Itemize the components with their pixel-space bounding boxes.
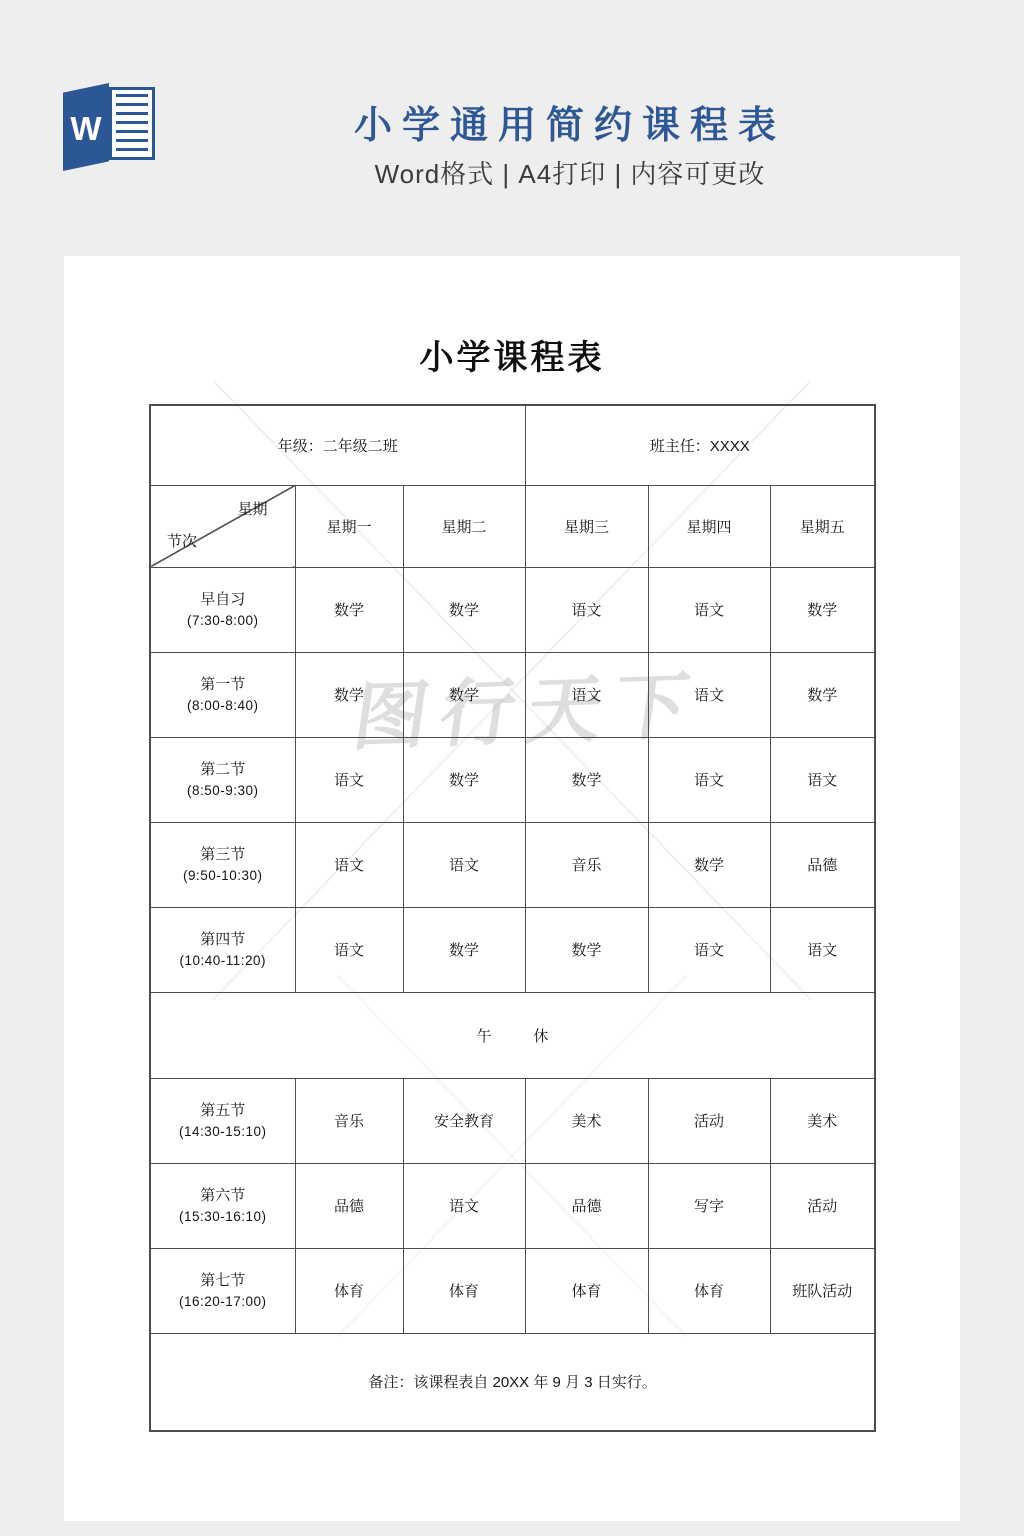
period-name: 第七节: [151, 1270, 295, 1292]
info-row: 年级：二年级二班 班主任：XXXX: [150, 405, 875, 485]
day-header-row: 星期 节次 星期一 星期二 星期三 星期四 星期五: [150, 485, 875, 567]
period-name: 第二节: [151, 759, 295, 781]
word-icon-text-lines: [116, 94, 148, 153]
subject-cell: 安全教育: [403, 1078, 525, 1163]
day-header-friday: 星期五: [770, 485, 875, 567]
subject-cell: 数学: [525, 737, 648, 822]
subject-cell: 体育: [295, 1248, 403, 1333]
subject-cell: 语文: [770, 737, 875, 822]
timetable-row: 第六节 (15:30-16:10) 品德 语文 品德 写字 活动: [150, 1163, 875, 1248]
subject-cell: 语文: [403, 822, 525, 907]
period-time: (8:50-9:30): [151, 781, 295, 801]
period-cell: 第六节 (15:30-16:10): [150, 1163, 295, 1248]
subject-cell: 数学: [403, 567, 525, 652]
period-cell: 第三节 (9:50-10:30): [150, 822, 295, 907]
subject-cell: 活动: [648, 1078, 770, 1163]
subject-cell: 语文: [295, 907, 403, 992]
subject-cell: 数学: [403, 737, 525, 822]
subject-cell: 品德: [295, 1163, 403, 1248]
period-time: (8:00-8:40): [151, 696, 295, 716]
period-name: 第一节: [151, 674, 295, 696]
period-cell: 第二节 (8:50-9:30): [150, 737, 295, 822]
template-banner: W 小学通用简约课程表 Word格式 | A4打印 | 内容可更改: [0, 0, 1024, 256]
period-time: (10:40-11:20): [151, 951, 295, 971]
word-icon-document-page: [109, 87, 155, 160]
day-header-wednesday: 星期三: [525, 485, 648, 567]
noon-break-cell: 午 休: [150, 992, 875, 1078]
word-icon: W: [63, 83, 157, 171]
period-name: 第五节: [151, 1100, 295, 1122]
timetable: 年级：二年级二班 班主任：XXXX 星期 节次 星期一 星期二 星期三 星期四 …: [149, 404, 876, 1432]
period-cell: 第一节 (8:00-8:40): [150, 652, 295, 737]
subject-cell: 语文: [648, 652, 770, 737]
period-cell: 第四节 (10:40-11:20): [150, 907, 295, 992]
subject-cell: 语文: [295, 822, 403, 907]
day-header-thursday: 星期四: [648, 485, 770, 567]
period-time: (16:20-17:00): [151, 1292, 295, 1312]
subject-cell: 音乐: [525, 822, 648, 907]
subject-cell: 语文: [295, 737, 403, 822]
subject-cell: 数学: [295, 567, 403, 652]
document-page: 图行天下 小学课程表 年级：二年级二班 班主任：XXXX 星期 节次 星期一 星…: [64, 256, 960, 1521]
subject-cell: 品德: [525, 1163, 648, 1248]
day-header-monday: 星期一: [295, 485, 403, 567]
document-title: 小学课程表: [64, 330, 960, 379]
period-cell: 第七节 (16:20-17:00): [150, 1248, 295, 1333]
timetable-row: 第三节 (9:50-10:30) 语文 语文 音乐 数学 品德: [150, 822, 875, 907]
subject-cell: 美术: [770, 1078, 875, 1163]
period-time: (15:30-16:10): [151, 1207, 295, 1227]
subject-cell: 数学: [295, 652, 403, 737]
subject-cell: 语文: [525, 567, 648, 652]
template-subtitle: Word格式 | A4打印 | 内容可更改: [330, 154, 810, 191]
subject-cell: 语文: [403, 1163, 525, 1248]
word-icon-cover: W: [63, 83, 109, 171]
period-cell: 早自习 (7:30-8:00): [150, 567, 295, 652]
corner-header-cell: 星期 节次: [150, 485, 295, 567]
corner-session-label: 节次: [167, 530, 197, 551]
period-name: 早自习: [151, 589, 295, 611]
timetable-row: 第七节 (16:20-17:00) 体育 体育 体育 体育 班队活动: [150, 1248, 875, 1333]
teacher-cell: 班主任：XXXX: [525, 405, 875, 485]
subject-cell: 语文: [648, 567, 770, 652]
period-time: (14:30-15:10): [151, 1122, 295, 1142]
note-cell: 备注：该课程表自 20XX 年 9 月 3 日实行。: [150, 1333, 875, 1431]
subject-cell: 体育: [403, 1248, 525, 1333]
subject-cell: 语文: [525, 652, 648, 737]
subject-cell: 写字: [648, 1163, 770, 1248]
grade-cell: 年级：二年级二班: [150, 405, 525, 485]
subject-cell: 语文: [648, 737, 770, 822]
subject-cell: 班队活动: [770, 1248, 875, 1333]
period-cell: 第五节 (14:30-15:10): [150, 1078, 295, 1163]
noon-break-row: 午 休: [150, 992, 875, 1078]
period-name: 第四节: [151, 929, 295, 951]
subject-cell: 数学: [648, 822, 770, 907]
period-name: 第六节: [151, 1185, 295, 1207]
subject-cell: 数学: [770, 567, 875, 652]
note-row: 备注：该课程表自 20XX 年 9 月 3 日实行。: [150, 1333, 875, 1431]
subject-cell: 数学: [770, 652, 875, 737]
timetable-row: 第二节 (8:50-9:30) 语文 数学 数学 语文 语文: [150, 737, 875, 822]
period-name: 第三节: [151, 844, 295, 866]
day-header-tuesday: 星期二: [403, 485, 525, 567]
timetable-row: 第四节 (10:40-11:20) 语文 数学 数学 语文 语文: [150, 907, 875, 992]
timetable-row: 第五节 (14:30-15:10) 音乐 安全教育 美术 活动 美术: [150, 1078, 875, 1163]
period-time: (7:30-8:00): [151, 611, 295, 631]
timetable-row: 早自习 (7:30-8:00) 数学 数学 语文 语文 数学: [150, 567, 875, 652]
subject-cell: 活动: [770, 1163, 875, 1248]
subject-cell: 音乐: [295, 1078, 403, 1163]
subject-cell: 体育: [648, 1248, 770, 1333]
word-icon-letter: W: [70, 110, 101, 148]
subject-cell: 数学: [403, 652, 525, 737]
subject-cell: 语文: [770, 907, 875, 992]
corner-week-label: 星期: [237, 498, 267, 519]
subject-cell: 品德: [770, 822, 875, 907]
subject-cell: 语文: [648, 907, 770, 992]
subject-cell: 体育: [525, 1248, 648, 1333]
subject-cell: 数学: [403, 907, 525, 992]
template-title: 小学通用简约课程表: [330, 94, 810, 149]
period-time: (9:50-10:30): [151, 866, 295, 886]
timetable-row: 第一节 (8:00-8:40) 数学 数学 语文 语文 数学: [150, 652, 875, 737]
subject-cell: 数学: [525, 907, 648, 992]
subject-cell: 美术: [525, 1078, 648, 1163]
